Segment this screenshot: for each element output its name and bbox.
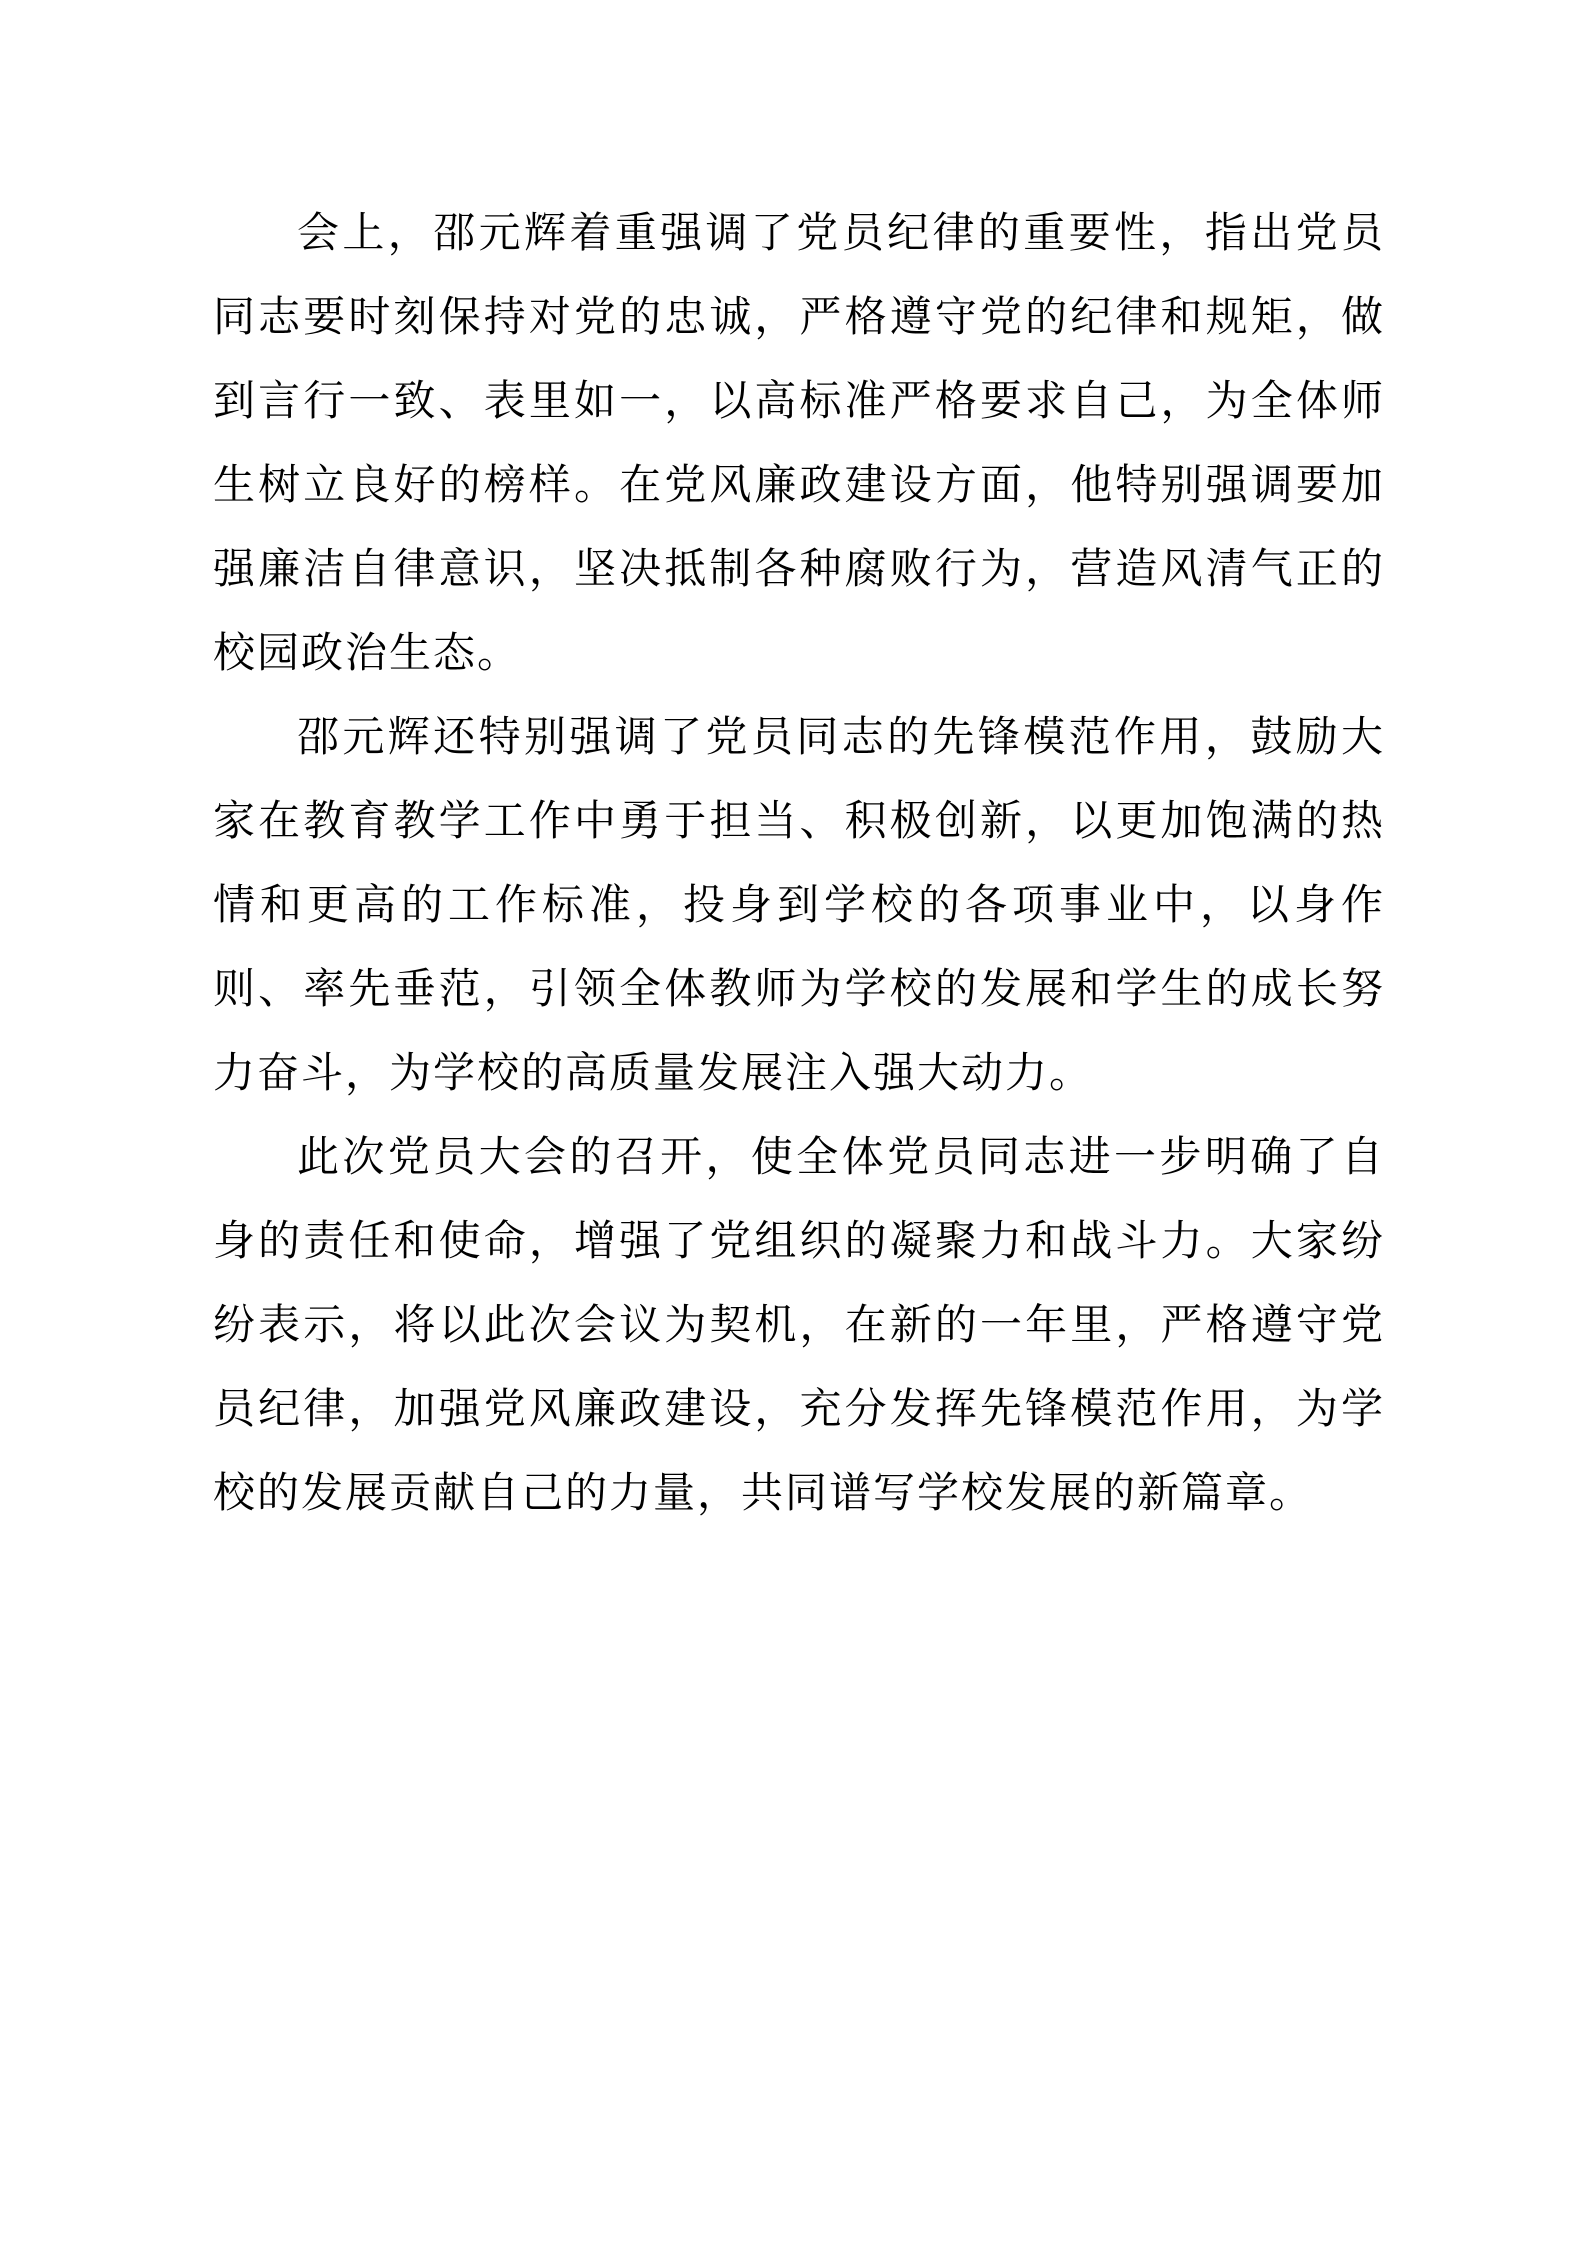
paragraph-vanguard-role: 邵元辉还特别强调了党员同志的先锋模范作用，鼓励大家在教育教学工作中勇于担当、积极… [213,696,1385,1116]
paragraph-meeting-conclusion: 此次党员大会的召开，使全体党员同志进一步明确了自身的责任和使命，增强了党组织的凝… [213,1116,1385,1536]
paragraph-discipline-emphasis: 会上，邵元辉着重强调了党员纪律的重要性，指出党员同志要时刻保持对党的忠诚，严格遵… [213,192,1385,696]
document-body: 会上，邵元辉着重强调了党员纪律的重要性，指出党员同志要时刻保持对党的忠诚，严格遵… [213,192,1385,1536]
document-page: 会上，邵元辉着重强调了党员纪律的重要性，指出党员同志要时刻保持对党的忠诚，严格遵… [0,0,1587,2245]
